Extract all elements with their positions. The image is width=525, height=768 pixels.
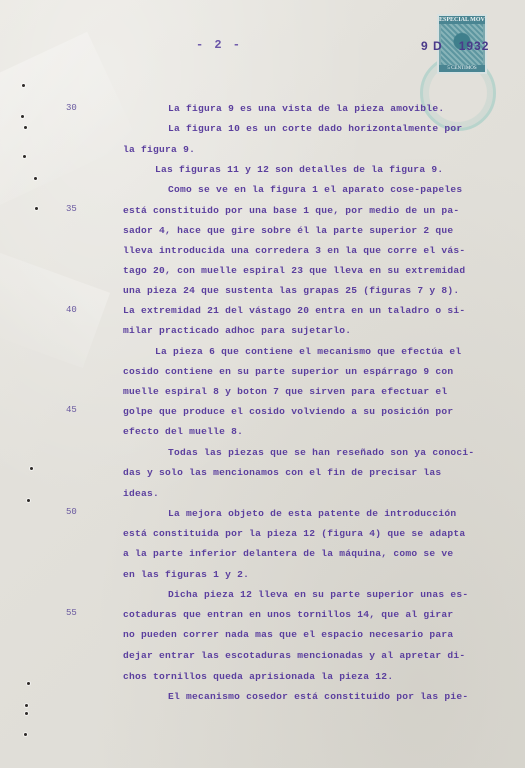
stamp-top-text: ESPECIAL MOVIL (439, 16, 485, 24)
binding-hole (23, 155, 26, 158)
text-line: das y solo las mencionamos con el fin de… (123, 467, 441, 478)
paper-crease (0, 32, 138, 208)
line-number: 40 (66, 305, 77, 315)
text-line: muelle espiral 8 y boton 7 que sirven pa… (123, 386, 447, 397)
text-line: La mejora objeto de esta patente de intr… (168, 508, 456, 519)
text-line: lleva introducida una corredera 3 en la … (123, 245, 465, 256)
text-line: no pueden correr nada mas que el espacio… (123, 629, 453, 640)
text-line: sador 4, hace que gire sobre él la parte… (123, 225, 453, 236)
binding-hole (27, 499, 30, 502)
line-number: 30 (66, 103, 77, 113)
text-line: en las figuras 1 y 2. (123, 569, 249, 580)
text-line: Todas las piezas que se han reseñado son… (168, 447, 474, 458)
line-number: 45 (66, 405, 77, 415)
text-line: milar practicado adhoc para sujetarlo. (123, 325, 351, 336)
date-stamp-day: 9 D (421, 39, 443, 53)
date-stamp-year: 1932 (459, 39, 490, 53)
text-line: dejar entrar las escotaduras mencionadas… (123, 650, 465, 661)
line-number: 35 (66, 204, 77, 214)
text-line: La pieza 6 que contiene el mecanismo que… (155, 346, 461, 357)
text-line: La figura 9 es una vista de la pieza amo… (168, 103, 444, 114)
text-line: efecto del muelle 8. (123, 426, 243, 437)
binding-hole (25, 704, 28, 707)
binding-hole (24, 733, 27, 736)
text-line: la figura 9. (123, 144, 195, 155)
binding-hole (21, 115, 24, 118)
text-line: está constituida por la pieza 12 (figura… (123, 528, 465, 539)
text-line: La figura 10 es un corte dado horizontal… (168, 123, 462, 134)
text-line: La extremidad 21 del vástago 20 entra en… (123, 305, 465, 316)
text-line: El mecanismo cosedor está constituido po… (168, 691, 468, 702)
text-line: cosido contiene en su parte superior un … (123, 366, 453, 377)
text-line: chos tornillos queda aprisionada la piez… (123, 671, 393, 682)
text-line: ideas. (123, 488, 159, 499)
binding-hole (25, 712, 28, 715)
text-line: está constituido por una base 1 que, por… (123, 205, 459, 216)
binding-hole (34, 177, 37, 180)
line-number: 50 (66, 507, 77, 517)
text-line: a la parte inferior delantera de la máqu… (123, 548, 453, 559)
text-line: cotaduras que entran en unos tornillos 1… (123, 609, 453, 620)
text-line: Las figuras 11 y 12 son detalles de la f… (155, 164, 443, 175)
binding-hole (35, 207, 38, 210)
date-stamp: 9 D1932 (421, 39, 489, 53)
page-number: - 2 - (196, 38, 242, 52)
text-line: Dicha pieza 12 lleva en su parte superio… (168, 589, 468, 600)
text-line: tago 20, con muelle espiral 23 que lleva… (123, 265, 465, 276)
stamp-bottom-text: 5 CENTIMOS (439, 65, 485, 72)
binding-hole (22, 84, 25, 87)
binding-hole (30, 467, 33, 470)
text-line: una pieza 24 que sustenta las grapas 25 … (123, 285, 459, 296)
text-line: golpe que produce el cosido volviendo a … (123, 406, 453, 417)
binding-hole (27, 682, 30, 685)
document-page: - 2 - ESPECIAL MOVIL 5 CENTIMOS 9 D1932 … (0, 0, 525, 768)
text-line: Como se ve en la figura 1 el aparato cos… (168, 184, 462, 195)
binding-hole (24, 126, 27, 129)
paper-crease (0, 252, 110, 368)
line-number: 55 (66, 608, 77, 618)
